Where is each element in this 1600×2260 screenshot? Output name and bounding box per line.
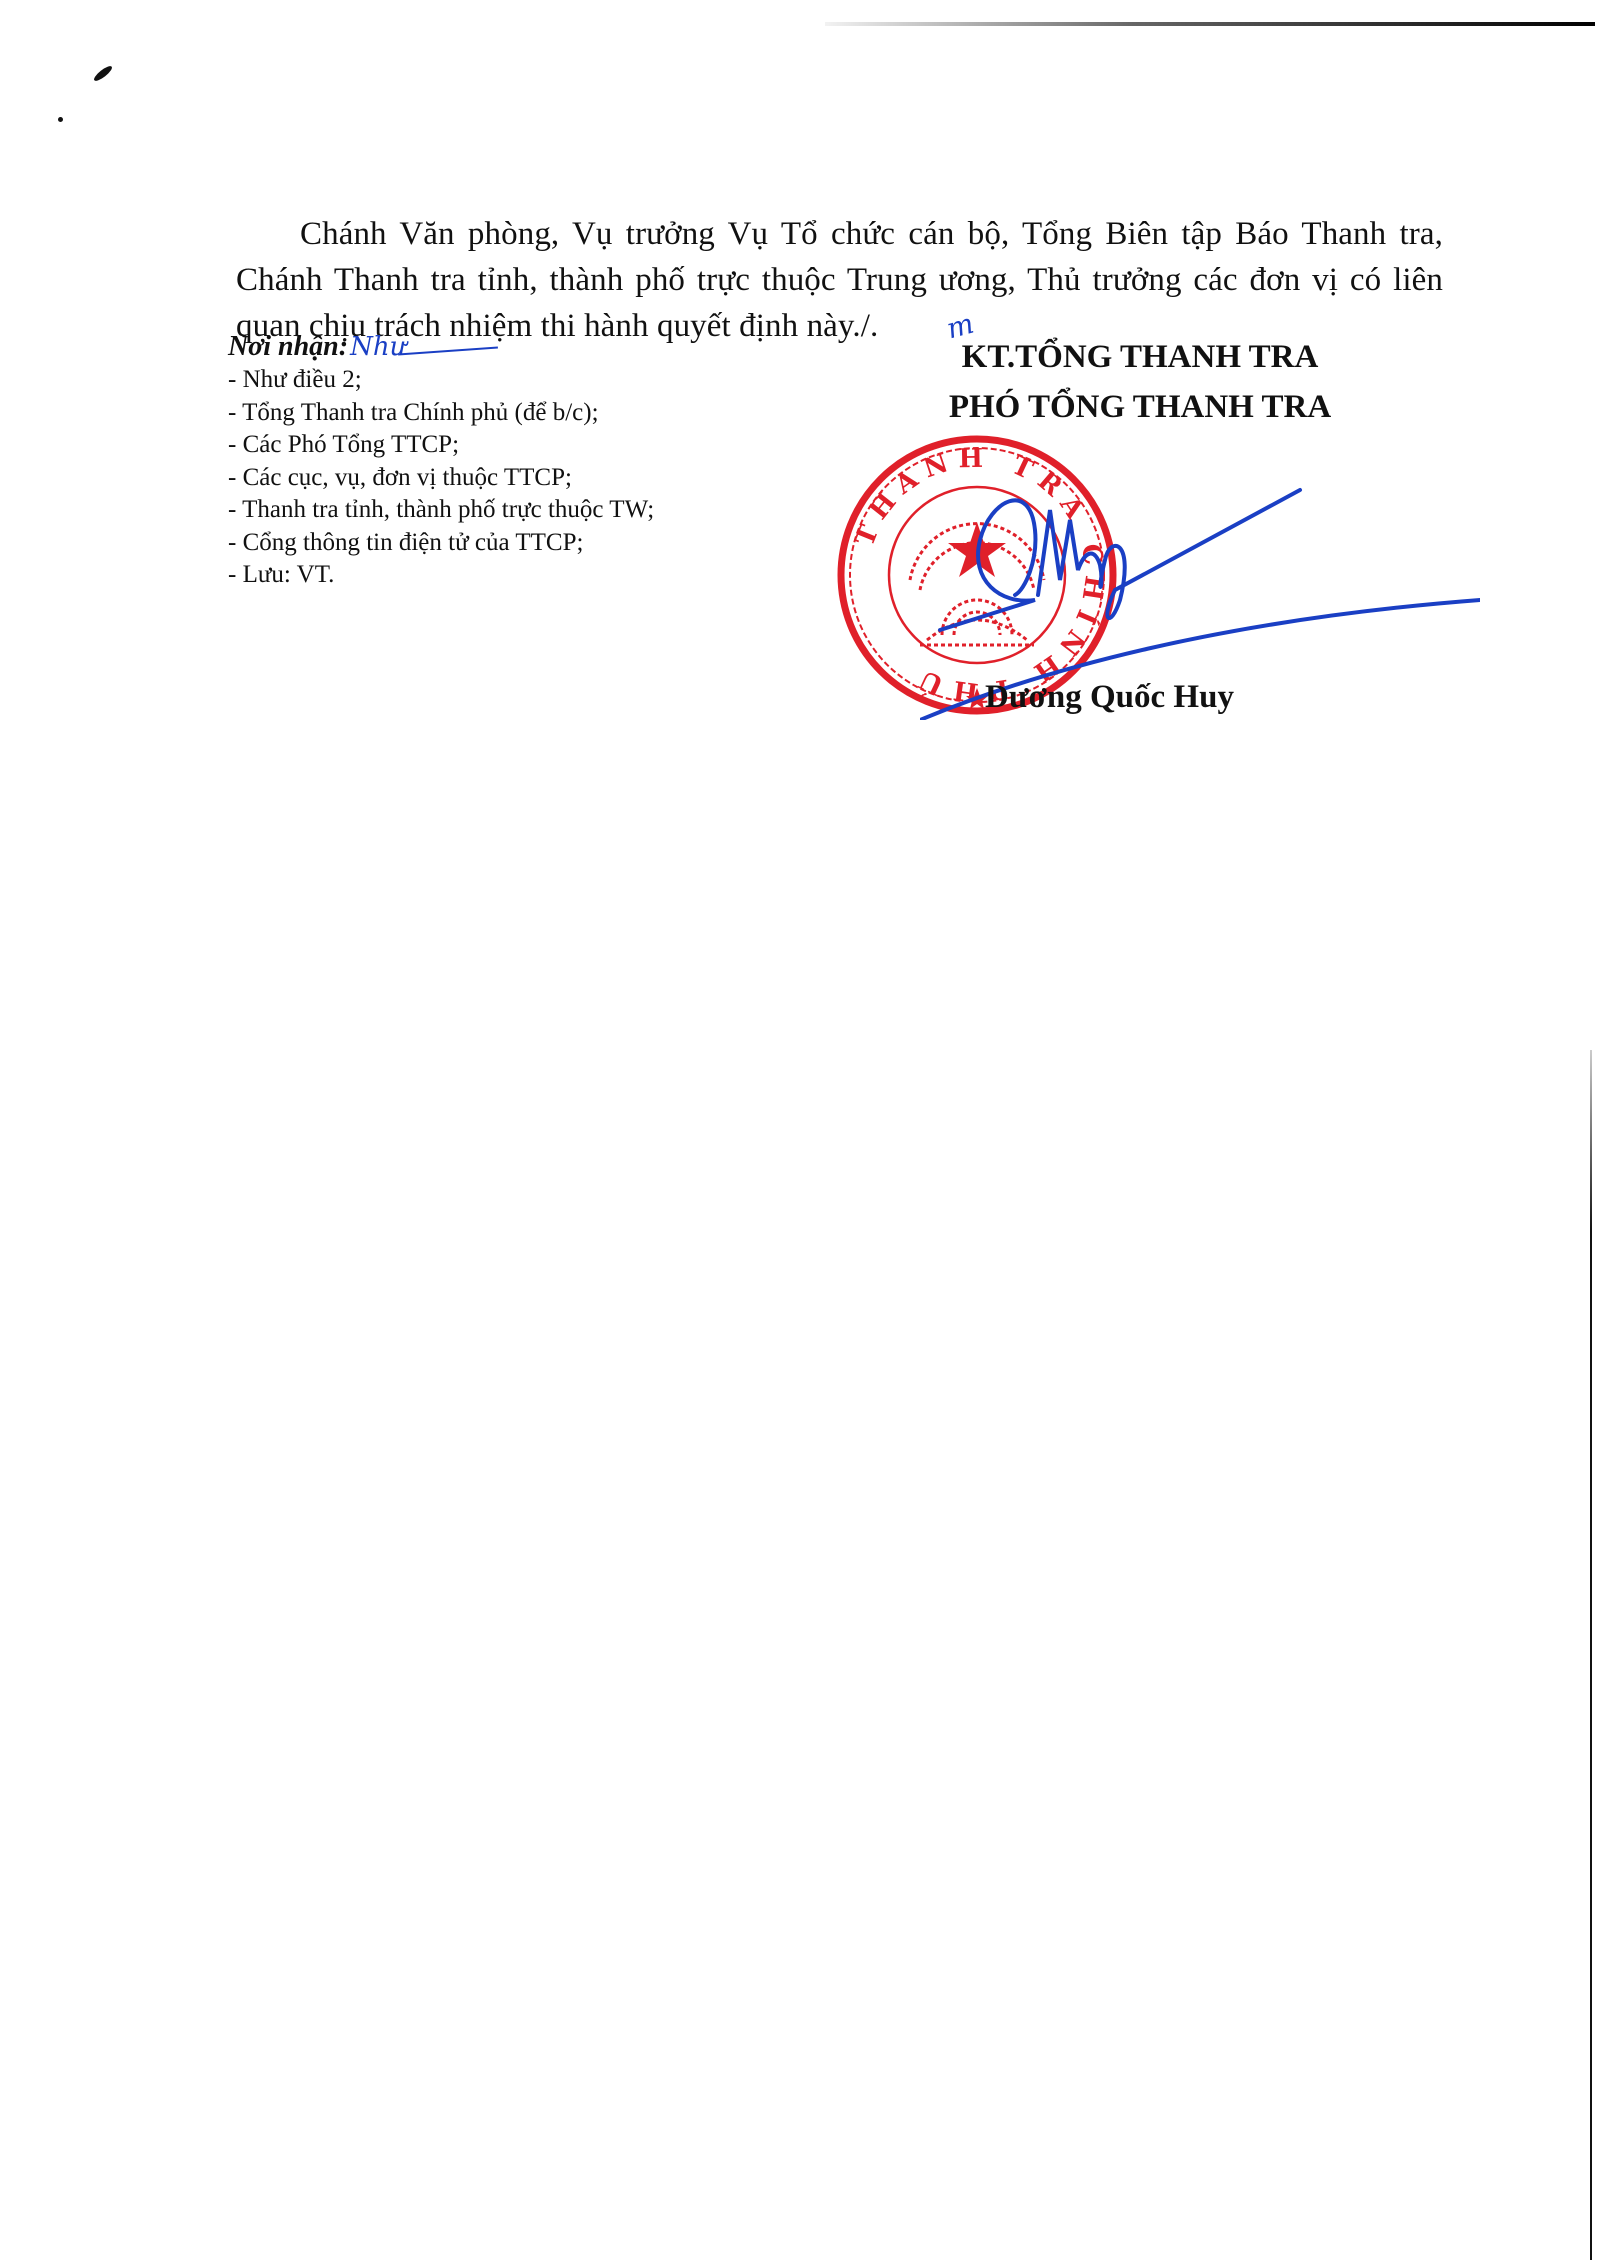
recipient-item: - Thanh tra tỉnh, thành phố trực thuộc T…: [228, 494, 788, 527]
scan-speck: [92, 64, 114, 83]
handwritten-underline: [398, 347, 498, 356]
signature-title-line2: PHÓ TỔNG THANH TRA: [840, 382, 1440, 432]
closing-paragraph-text: Chánh Văn phòng, Vụ trưởng Vụ Tổ chức cá…: [236, 216, 1443, 344]
recipient-list: - Như điều 2; - Tổng Thanh tra Chính phủ…: [228, 364, 788, 592]
signer-name: Dương Quốc Huy: [985, 675, 1234, 719]
scan-speck: [58, 117, 63, 122]
recipients-title: Nơi nhận:: [228, 330, 348, 364]
scan-edge-line-top: [825, 22, 1595, 26]
signature-block: KT.TỔNG THANH TRA PHÓ TỔNG THANH TRA: [840, 332, 1440, 432]
recipient-item: - Như điều 2;: [228, 364, 788, 397]
recipient-item: - Lưu: VT.: [228, 559, 788, 592]
recipient-item: - Tổng Thanh tra Chính phủ (để b/c);: [228, 397, 788, 430]
recipients-block: Nơi nhận:Như - Như điều 2; - Tổng Thanh …: [228, 330, 788, 592]
recipient-item: - Cổng thông tin điện tử của TTCP;: [228, 527, 788, 560]
recipient-item: - Các cục, vụ, đơn vị thuộc TTCP;: [228, 462, 788, 495]
recipients-handwritten-initial: Như: [350, 332, 406, 362]
recipient-item: - Các Phó Tổng TTCP;: [228, 429, 788, 462]
signature-title-line1: KT.TỔNG THANH TRA: [840, 332, 1440, 382]
scan-edge-line-right: [1590, 1050, 1592, 2260]
